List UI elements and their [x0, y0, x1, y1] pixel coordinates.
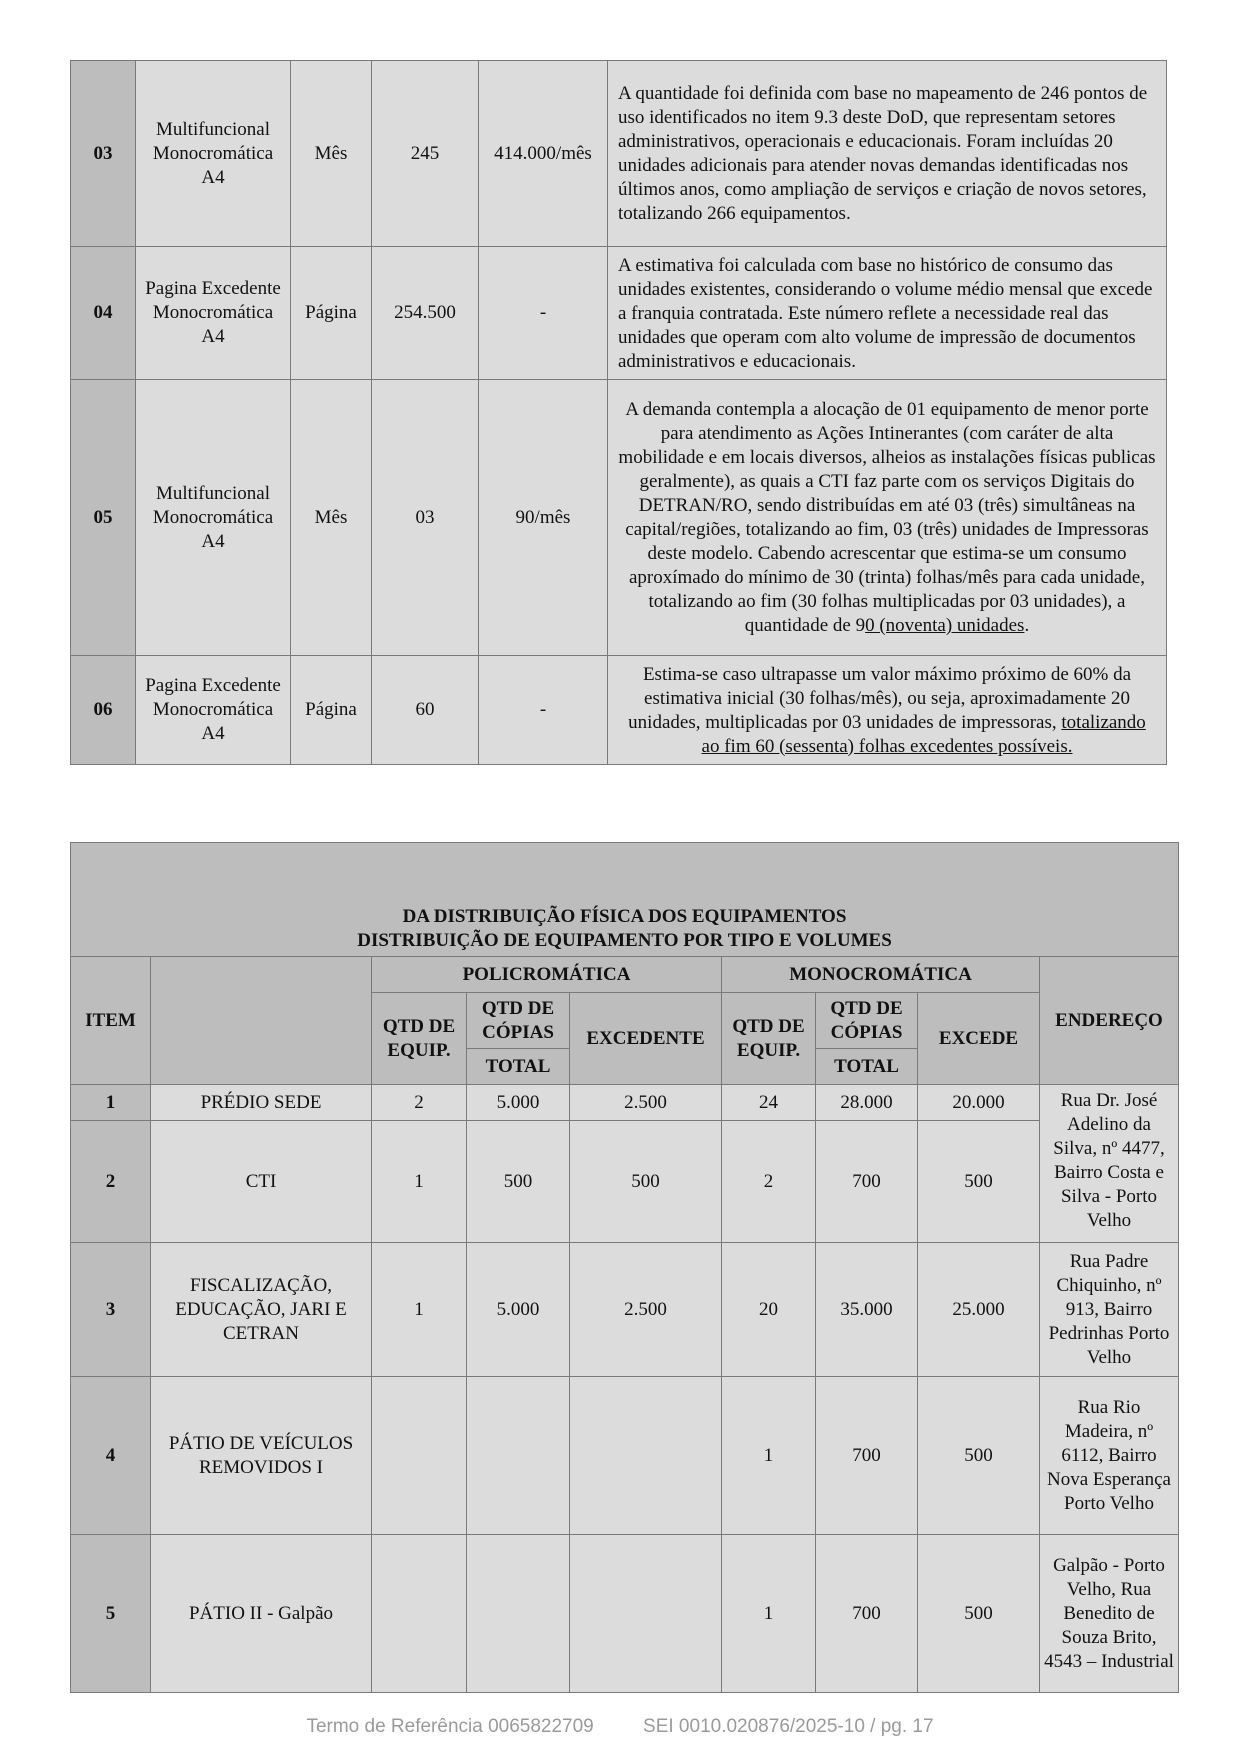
- title-line-2: DISTRIBUIÇÃO DE EQUIPAMENTO POR TIPO E V…: [75, 929, 1174, 953]
- row-address: Galpão - Porto Velho, Rua Benedito de So…: [1040, 1535, 1179, 1693]
- header-item: ITEM: [71, 957, 151, 1085]
- item-justification: A demanda contempla a alocação de 01 equ…: [608, 380, 1167, 656]
- item-quantity: 245: [372, 61, 479, 247]
- row-poli-equip: [372, 1535, 467, 1693]
- header-poli-total: TOTAL: [467, 1049, 570, 1085]
- header-endereco: ENDEREÇO: [1040, 957, 1179, 1085]
- table-title: DA DISTRIBUIÇÃO FÍSICA DOS EQUIPAMENTOS …: [71, 843, 1179, 957]
- item-quantity: 03: [372, 380, 479, 656]
- row-item: 3: [71, 1243, 151, 1377]
- item-unit: Página: [291, 656, 372, 765]
- row-item: 2: [71, 1121, 151, 1243]
- table-row: 1 PRÉDIO SEDE 2 5.000 2.500 24 28.000 20…: [71, 1085, 1179, 1121]
- row-poli-exced: 2.500: [570, 1243, 722, 1377]
- item-justification: Estima-se caso ultrapasse um valor máxim…: [608, 656, 1167, 765]
- item-volume: 90/mês: [479, 380, 608, 656]
- row-mono-equip: 1: [722, 1377, 816, 1535]
- item-volume: 414.000/mês: [479, 61, 608, 247]
- row-poli-exced: [570, 1535, 722, 1693]
- row-poli-total: [467, 1535, 570, 1693]
- table-row: 05 Multifuncional Monocromática A4 Mês 0…: [71, 380, 1167, 656]
- item-unit: Mês: [291, 61, 372, 247]
- footer-page-ref: SEI 0010.020876/2025-10 / pg. 17: [643, 1716, 934, 1737]
- header-mono-total: TOTAL: [816, 1049, 918, 1085]
- row-poli-total: 5.000: [467, 1085, 570, 1121]
- equipment-distribution-table: DA DISTRIBUIÇÃO FÍSICA DOS EQUIPAMENTOS …: [70, 842, 1179, 1693]
- item-volume: -: [479, 247, 608, 380]
- page-footer: Termo de Referência 0065822709 SEI 0010.…: [0, 1716, 1240, 1738]
- row-address: Rua Rio Madeira, nº 6112, Bairro Nova Es…: [1040, 1377, 1179, 1535]
- row-mono-total: 700: [816, 1377, 918, 1535]
- header-poli-excedente: EXCEDENTE: [570, 993, 722, 1085]
- row-poli-exced: [570, 1377, 722, 1535]
- table-row: 06 Pagina Excedente Monocromática A4 Pág…: [71, 656, 1167, 765]
- item-number: 05: [71, 380, 136, 656]
- table-row: 5 PÁTIO II - Galpão 1 700 500 Galpão - P…: [71, 1535, 1179, 1693]
- row-mono-equip: 1: [722, 1535, 816, 1693]
- item-description: Pagina Excedente Monocromática A4: [136, 247, 291, 380]
- row-poli-exced: 2.500: [570, 1085, 722, 1121]
- item-unit: Página: [291, 247, 372, 380]
- item-justification: A quantidade foi definida com base no ma…: [608, 61, 1167, 247]
- row-mono-exced: 25.000: [918, 1243, 1040, 1377]
- item-description: Multifuncional Monocromática A4: [136, 380, 291, 656]
- header-location: [151, 957, 372, 1085]
- row-mono-total: 700: [816, 1121, 918, 1243]
- header-monocromatica: MONOCROMÁTICA: [722, 957, 1040, 993]
- item-volume: -: [479, 656, 608, 765]
- row-mono-total: 700: [816, 1535, 918, 1693]
- row-location: PRÉDIO SEDE: [151, 1085, 372, 1121]
- row-mono-total: 35.000: [816, 1243, 918, 1377]
- item-unit: Mês: [291, 380, 372, 656]
- row-poli-total: 500: [467, 1121, 570, 1243]
- table-row: 2 CTI 1 500 500 2 700 500: [71, 1121, 1179, 1243]
- row-mono-exced: 20.000: [918, 1085, 1040, 1121]
- row-address: Rua Dr. José Adelino da Silva, nº 4477, …: [1040, 1085, 1179, 1243]
- item-justification: A estimativa foi calculada com base no h…: [608, 247, 1167, 380]
- header-policromatica: POLICROMÁTICA: [372, 957, 722, 993]
- footer-doc-ref: Termo de Referência 0065822709: [306, 1716, 593, 1737]
- item-description: Multifuncional Monocromática A4: [136, 61, 291, 247]
- header-mono-qtd-equip: QTD DE EQUIP.: [722, 993, 816, 1085]
- row-poli-exced: 500: [570, 1121, 722, 1243]
- row-mono-total: 28.000: [816, 1085, 918, 1121]
- justification-underlined: 0 (noventa) unidades: [865, 615, 1024, 636]
- item-number: 04: [71, 247, 136, 380]
- row-poli-equip: 1: [372, 1121, 467, 1243]
- title-line-1: DA DISTRIBUIÇÃO FÍSICA DOS EQUIPAMENTOS: [75, 905, 1174, 929]
- item-description: Pagina Excedente Monocromática A4: [136, 656, 291, 765]
- row-poli-equip: [372, 1377, 467, 1535]
- items-justification-table: 03 Multifuncional Monocromática A4 Mês 2…: [70, 60, 1167, 765]
- row-item: 4: [71, 1377, 151, 1535]
- row-item: 5: [71, 1535, 151, 1693]
- justification-end: .: [1024, 615, 1029, 636]
- row-mono-equip: 24: [722, 1085, 816, 1121]
- row-mono-equip: 20: [722, 1243, 816, 1377]
- header-mono-qtd-copias: QTD DE CÓPIAS: [816, 993, 918, 1049]
- row-poli-total: [467, 1377, 570, 1535]
- table-row: 3 FISCALIZAÇÃO, EDUCAÇÃO, JARI E CETRAN …: [71, 1243, 1179, 1377]
- row-location: PÁTIO DE VEÍCULOS REMOVIDOS I: [151, 1377, 372, 1535]
- header-poli-qtd-equip: QTD DE EQUIP.: [372, 993, 467, 1085]
- item-number: 06: [71, 656, 136, 765]
- row-poli-total: 5.000: [467, 1243, 570, 1377]
- item-quantity: 254.500: [372, 247, 479, 380]
- row-location: CTI: [151, 1121, 372, 1243]
- row-mono-exced: 500: [918, 1535, 1040, 1693]
- table-row: 4 PÁTIO DE VEÍCULOS REMOVIDOS I 1 700 50…: [71, 1377, 1179, 1535]
- table-row: 03 Multifuncional Monocromática A4 Mês 2…: [71, 61, 1167, 247]
- row-location: PÁTIO II - Galpão: [151, 1535, 372, 1693]
- item-quantity: 60: [372, 656, 479, 765]
- row-mono-equip: 2: [722, 1121, 816, 1243]
- row-item: 1: [71, 1085, 151, 1121]
- item-number: 03: [71, 61, 136, 247]
- header-mono-excede: EXCEDE: [918, 993, 1040, 1085]
- row-location: FISCALIZAÇÃO, EDUCAÇÃO, JARI E CETRAN: [151, 1243, 372, 1377]
- justification-text: Estima-se caso ultrapasse um valor máxim…: [628, 664, 1131, 733]
- row-poli-equip: 2: [372, 1085, 467, 1121]
- row-mono-exced: 500: [918, 1121, 1040, 1243]
- row-address: Rua Padre Chiquinho, nº 913, Bairro Pedr…: [1040, 1243, 1179, 1377]
- justification-text: A demanda contempla a alocação de 01 equ…: [618, 399, 1155, 636]
- row-poli-equip: 1: [372, 1243, 467, 1377]
- row-mono-exced: 500: [918, 1377, 1040, 1535]
- header-poli-qtd-copias: QTD DE CÓPIAS: [467, 993, 570, 1049]
- table-row: 04 Pagina Excedente Monocromática A4 Pág…: [71, 247, 1167, 380]
